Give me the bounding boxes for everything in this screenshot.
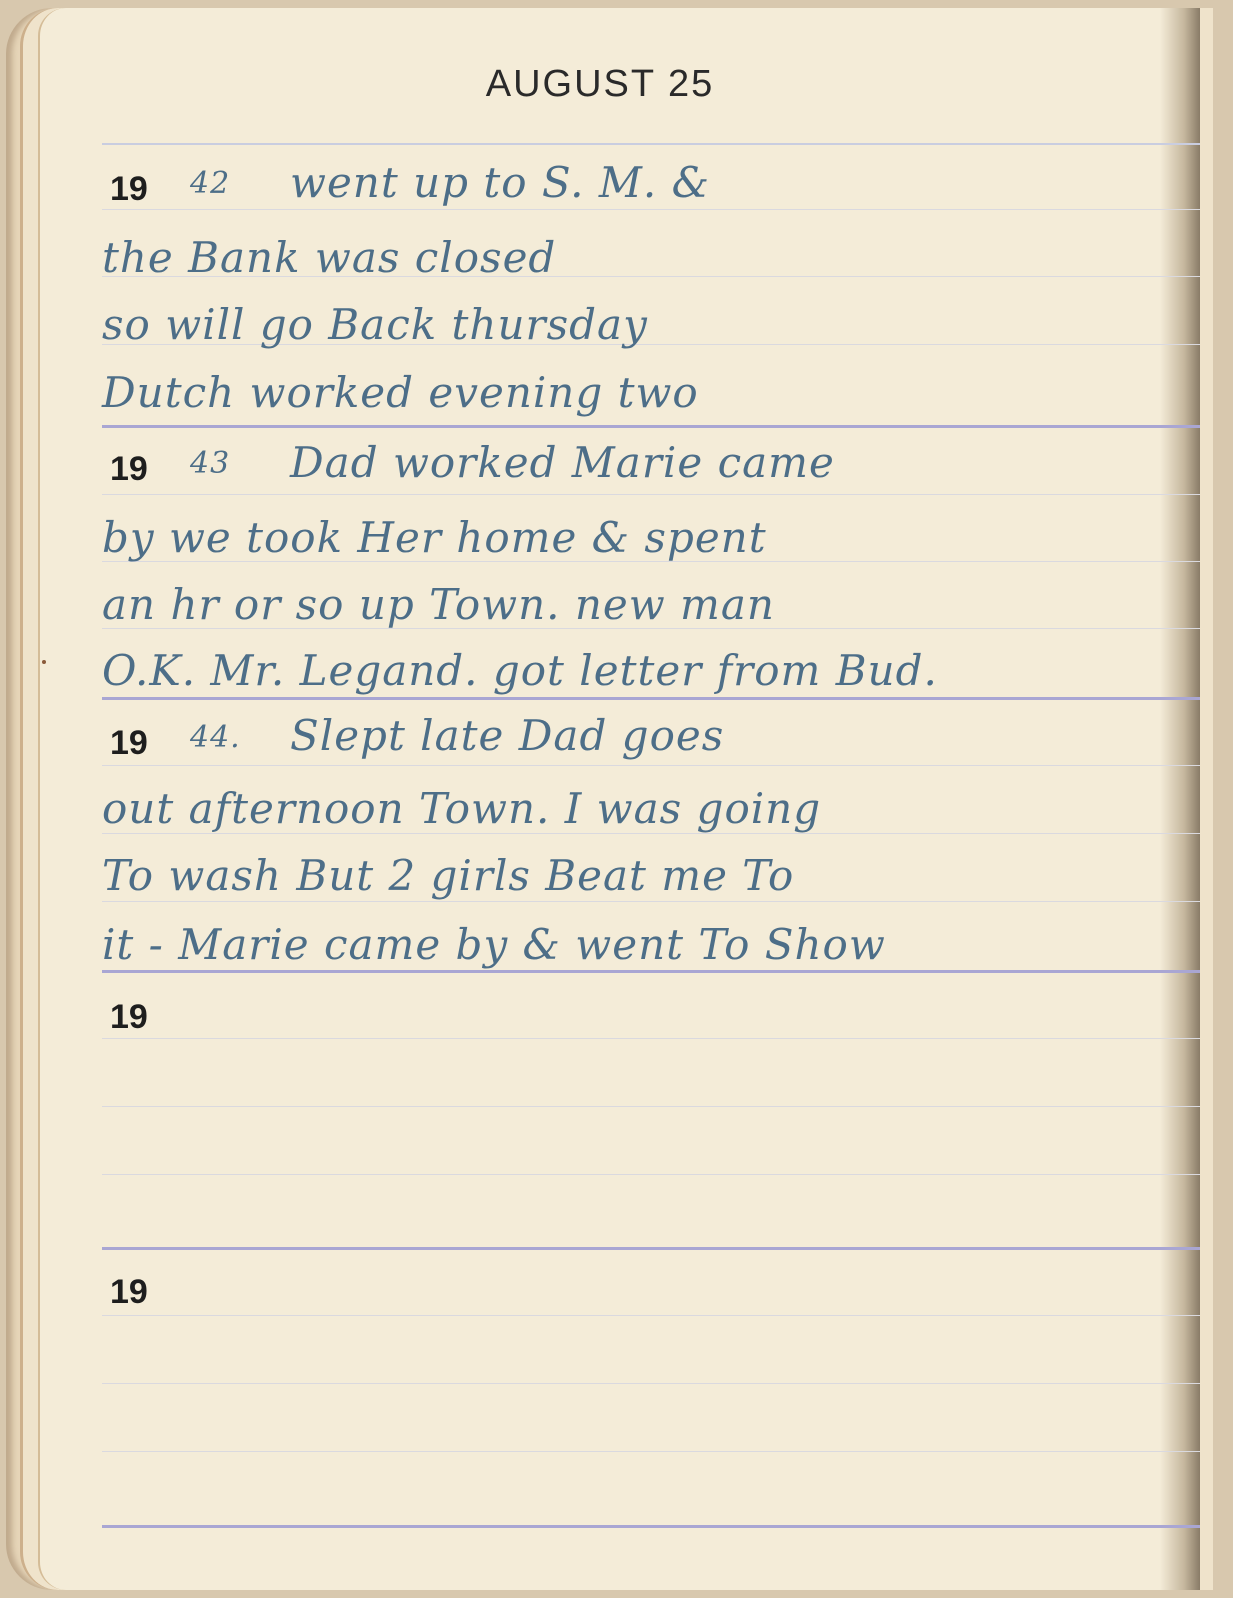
entry-line: it - Marie came by & went To Show (102, 920, 886, 969)
rule-line (102, 1174, 1200, 1175)
rule-line (102, 765, 1200, 766)
date-heading: AUGUST 25 (40, 63, 1160, 106)
rule-line (102, 1315, 1200, 1316)
rule-line (102, 209, 1200, 210)
entry-line: To wash But 2 girls Beat me To (102, 851, 794, 900)
diary-book: AUGUST 25 19 42 went up to S. M. & the B… (0, 0, 1233, 1598)
section-divider (102, 1247, 1200, 1250)
entry-line: the Bank was closed (102, 233, 556, 282)
year-prefix: 19 (110, 170, 148, 209)
rule-line (102, 1038, 1200, 1039)
year-prefix: 19 (110, 724, 148, 763)
rule-line (102, 1106, 1200, 1107)
year-suffix: 42 (190, 166, 230, 201)
rule-line (102, 494, 1200, 495)
rule-line (102, 833, 1200, 834)
entry-line: an hr or so up Town. new man (102, 580, 775, 629)
entry-line: Dutch worked evening two (102, 368, 699, 417)
entry-line: Dad worked Marie came (290, 438, 835, 487)
entry-line: out afternoon Town. I was going (102, 784, 821, 833)
rule-line (102, 1383, 1200, 1384)
year-prefix: 19 (110, 1273, 148, 1312)
entry-line: O.K. Mr. Legand. got letter from Bud. (102, 646, 938, 695)
entry-line: so will go Back thursday (102, 300, 648, 349)
entry-line: went up to S. M. & (290, 158, 710, 207)
diary-page: AUGUST 25 19 42 went up to S. M. & the B… (38, 8, 1200, 1590)
rule-line (102, 143, 1200, 145)
ink-spot (42, 660, 46, 664)
year-prefix: 19 (110, 998, 148, 1037)
section-divider (102, 1525, 1200, 1528)
year-suffix: 44. (190, 720, 241, 755)
section-divider (102, 697, 1200, 700)
rule-line (102, 1451, 1200, 1452)
section-divider (102, 970, 1200, 973)
year-prefix: 19 (110, 450, 148, 489)
section-divider (102, 425, 1200, 428)
rule-line (102, 901, 1200, 902)
entry-line: Slept late Dad goes (290, 711, 724, 760)
year-suffix: 43 (190, 446, 230, 481)
entry-line: by we took Her home & spent (102, 513, 767, 562)
binding-gutter (1160, 8, 1200, 1590)
